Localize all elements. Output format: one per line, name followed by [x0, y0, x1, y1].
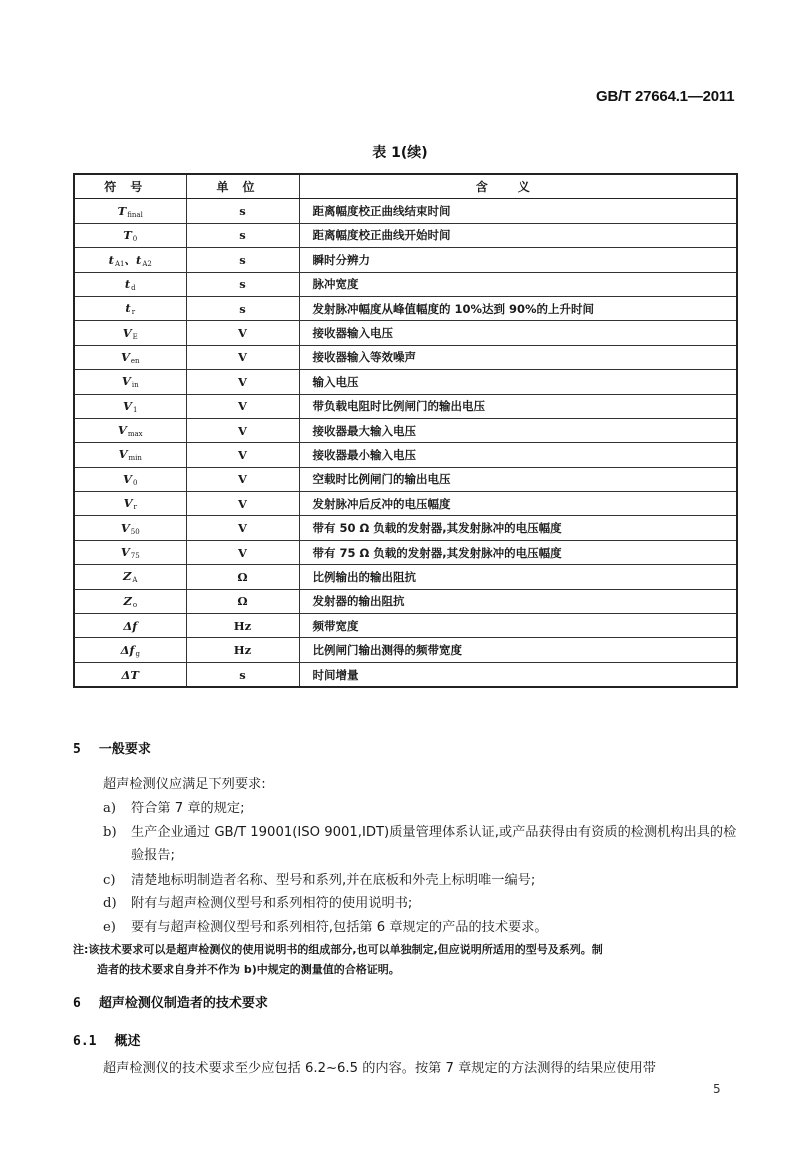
note: 注:该技术要求可以是超声检测仪的使用说明书的组成部分,也可以单独制定,但应说明所… [73, 940, 741, 980]
cell-meaning: 脉冲宽度 [299, 272, 737, 296]
list-text: 清楚地标明制造者名称、型号和系列,并在底板和外壳上标明唯一编号; [131, 869, 743, 892]
list-item-e: e) 要有与超声检测仪型号和系列相符,包括第 6 章规定的产品的技术要求。 [103, 916, 743, 939]
table-row: Tfinals距离幅度校正曲线结束时间 [74, 199, 737, 223]
symbol-subscript: A1 [115, 260, 125, 268]
symbol-subscript: in [132, 381, 139, 389]
section-6-1-text: 超声检测仪的技术要求至少应包括 6.2~6.5 的内容。按第 7 章规定的方法测… [103, 1058, 743, 1080]
cell-unit: Ω [186, 589, 299, 613]
cell-symbol: V50 [74, 516, 186, 540]
symbol-second: 、t [125, 253, 142, 267]
column-header-symbol: 符号 [74, 174, 186, 199]
list-item-d: d) 附有与超声检测仪型号和系列相符的使用说明书; [103, 892, 743, 915]
cell-meaning: 空载时比例闸门的输出电压 [299, 467, 737, 491]
cell-unit: s [186, 662, 299, 687]
table-row: ΔTs时间增量 [74, 662, 737, 687]
cell-unit: V [186, 394, 299, 418]
symbol-main: V [123, 472, 132, 486]
symbol-subscript: en [131, 357, 140, 365]
cell-symbol: Vin [74, 370, 186, 394]
list-text: 符合第 7 章的规定; [131, 797, 743, 820]
symbol-subscript: d [131, 284, 135, 292]
table-row: V75V带有 75 Ω 负载的发射器,其发射脉冲的电压幅度 [74, 540, 737, 564]
symbol-main: Z [123, 569, 131, 583]
table-row: ΔfgHz比例闸门输出测得的频带宽度 [74, 638, 737, 662]
list-item-c: c) 清楚地标明制造者名称、型号和系列,并在底板和外壳上标明唯一编号; [103, 869, 743, 892]
list-marker: a) [103, 797, 116, 820]
table-header-row: 符号 单位 含义 [74, 174, 737, 199]
page-number: 5 [713, 1082, 721, 1096]
cell-unit: V [186, 467, 299, 491]
cell-unit: Ω [186, 565, 299, 589]
cell-unit: V [186, 443, 299, 467]
symbol-subscript: A [132, 576, 137, 584]
symbol-subscript: o [133, 601, 137, 609]
symbol-subscript: final [127, 211, 143, 219]
table-row: trs发射脉冲幅度从峰值幅度的 10%达到 90%的上升时间 [74, 296, 737, 320]
note-label: 注: [73, 943, 88, 956]
cell-meaning: 距离幅度校正曲线结束时间 [299, 199, 737, 223]
cell-unit: V [186, 540, 299, 564]
list-text: 生产企业通过 GB/T 19001(ISO 9001,IDT)质量管理体系认证,… [131, 821, 743, 867]
cell-meaning: 输入电压 [299, 370, 737, 394]
standard-code: GB/T 27664.1—2011 [596, 88, 734, 105]
symbol-subscript: max [128, 430, 143, 438]
note-line-2: 造者的技术要求自身并不作为 b)中规定的测量值的合格证明。 [73, 960, 741, 980]
cell-meaning: 距离幅度校正曲线开始时间 [299, 223, 737, 247]
symbol-main: Z [123, 594, 131, 608]
list-marker: d) [103, 892, 117, 915]
symbol-subscript: g [135, 650, 139, 658]
symbol-main: Δf [121, 643, 135, 657]
symbol-subscript: 0 [133, 235, 137, 243]
cell-meaning: 比例闸门输出测得的频带宽度 [299, 638, 737, 662]
table-row: ZAΩ比例输出的输出阻抗 [74, 565, 737, 589]
cell-unit: Hz [186, 638, 299, 662]
section-number: 6 [73, 996, 81, 1011]
cell-meaning: 带有 50 Ω 负载的发射器,其发射脉冲的电压幅度 [299, 516, 737, 540]
cell-unit: s [186, 272, 299, 296]
symbol-main: V [123, 399, 132, 413]
table-row: ZoΩ发射器的输出阻抗 [74, 589, 737, 613]
symbol-main: T [118, 204, 127, 218]
table-row: VenV接收器输入等效噪声 [74, 345, 737, 369]
cell-unit: V [186, 345, 299, 369]
cell-symbol: Vr [74, 492, 186, 516]
cell-meaning: 带有 75 Ω 负载的发射器,其发射脉冲的电压幅度 [299, 540, 737, 564]
symbol-main: V [119, 447, 128, 461]
table-row: V50V带有 50 Ω 负载的发射器,其发射脉冲的电压幅度 [74, 516, 737, 540]
table-row: ΔfHz频带宽度 [74, 614, 737, 638]
cell-meaning: 频带宽度 [299, 614, 737, 638]
table-row: V1V带负载电阻时比例闸门的输出电压 [74, 394, 737, 418]
cell-symbol: Vmax [74, 418, 186, 442]
symbol-main: V [123, 326, 132, 340]
symbol-main: t [125, 301, 130, 315]
table-row: VinV输入电压 [74, 370, 737, 394]
table-row: VmaxV接收器最大输入电压 [74, 418, 737, 442]
symbol-main: t [109, 253, 114, 267]
symbol-subscript: 50 [131, 528, 140, 536]
section-title: 一般要求 [99, 742, 151, 757]
symbol-main: V [121, 545, 130, 559]
section-6-heading: 6超声检测仪制造者的技术要求 [73, 992, 268, 1011]
cell-symbol: tr [74, 296, 186, 320]
cell-meaning: 发射器的输出阻抗 [299, 589, 737, 613]
table-row: tA1、tA2s瞬时分辨力 [74, 248, 737, 272]
column-header-unit: 单位 [186, 174, 299, 199]
list-marker: b) [103, 821, 117, 844]
note-line-1: 该技术要求可以是超声检测仪的使用说明书的组成部分,也可以单独制定,但应说明所适用… [88, 943, 602, 956]
symbol-main: V [124, 496, 133, 510]
cell-meaning: 接收器输入电压 [299, 321, 737, 345]
cell-meaning: 带负载电阻时比例闸门的输出电压 [299, 394, 737, 418]
table-row: VminV接收器最小输入电压 [74, 443, 737, 467]
list-marker: c) [103, 869, 116, 892]
symbol-main: V [122, 374, 131, 388]
cell-unit: V [186, 418, 299, 442]
cell-symbol: Δf [74, 614, 186, 638]
cell-unit: V [186, 516, 299, 540]
symbol-main: T [123, 228, 132, 242]
cell-meaning: 接收器输入等效噪声 [299, 345, 737, 369]
symbol-subscript: A2 [142, 260, 152, 268]
section-5-heading: 5一般要求 [73, 738, 151, 757]
table-row: VrV发射脉冲后反冲的电压幅度 [74, 492, 737, 516]
list-text: 附有与超声检测仪型号和系列相符的使用说明书; [131, 892, 743, 915]
cell-symbol: ΔT [74, 662, 186, 687]
cell-symbol: V75 [74, 540, 186, 564]
symbol-main: ΔT [122, 668, 139, 682]
section-number: 5 [73, 742, 81, 757]
section-title: 超声检测仪制造者的技术要求 [99, 996, 268, 1011]
cell-meaning: 比例输出的输出阻抗 [299, 565, 737, 589]
cell-meaning: 发射脉冲幅度从峰值幅度的 10%达到 90%的上升时间 [299, 296, 737, 320]
cell-unit: s [186, 199, 299, 223]
symbols-table: 符号 单位 含义 Tfinals距离幅度校正曲线结束时间T0s距离幅度校正曲线开… [73, 173, 738, 688]
section-title: 概述 [114, 1034, 140, 1049]
cell-unit: V [186, 492, 299, 516]
section-5-intro: 超声检测仪应满足下列要求: [103, 774, 266, 796]
list-text: 要有与超声检测仪型号和系列相符,包括第 6 章规定的产品的技术要求。 [131, 916, 743, 939]
symbol-subscript: min [129, 454, 142, 462]
symbol-subscript: E [133, 333, 138, 341]
symbol-subscript: 0 [133, 479, 137, 487]
table-body: Tfinals距离幅度校正曲线结束时间T0s距离幅度校正曲线开始时间tA1、tA… [74, 199, 737, 687]
cell-symbol: V0 [74, 467, 186, 491]
cell-meaning: 时间增量 [299, 662, 737, 687]
list-marker: e) [103, 916, 116, 939]
cell-meaning: 瞬时分辨力 [299, 248, 737, 272]
symbol-subscript: r [132, 308, 135, 316]
symbol-subscript: r [134, 503, 137, 511]
cell-symbol: td [74, 272, 186, 296]
cell-unit: V [186, 321, 299, 345]
symbol-subscript: 75 [131, 552, 140, 560]
section-6-1-heading: 6.1概述 [73, 1030, 141, 1049]
list-item-b: b) 生产企业通过 GB/T 19001(ISO 9001,IDT)质量管理体系… [103, 821, 743, 867]
table-caption: 表 1(续) [0, 142, 800, 162]
cell-unit: s [186, 296, 299, 320]
cell-unit: Hz [186, 614, 299, 638]
cell-symbol: VE [74, 321, 186, 345]
cell-symbol: Zo [74, 589, 186, 613]
cell-unit: V [186, 370, 299, 394]
cell-meaning: 接收器最小输入电压 [299, 443, 737, 467]
symbol-main: V [121, 350, 130, 364]
cell-meaning: 发射脉冲后反冲的电压幅度 [299, 492, 737, 516]
cell-symbol: Ven [74, 345, 186, 369]
cell-symbol: ZA [74, 565, 186, 589]
cell-symbol: V1 [74, 394, 186, 418]
cell-unit: s [186, 248, 299, 272]
symbol-subscript: 1 [133, 406, 137, 414]
table-row: T0s距离幅度校正曲线开始时间 [74, 223, 737, 247]
cell-symbol: T0 [74, 223, 186, 247]
list-item-a: a) 符合第 7 章的规定; [103, 797, 743, 820]
section-number: 6.1 [73, 1034, 96, 1049]
table-row: tds脉冲宽度 [74, 272, 737, 296]
cell-symbol: Δfg [74, 638, 186, 662]
table-row: VEV接收器输入电压 [74, 321, 737, 345]
symbol-main: V [121, 521, 130, 535]
symbol-main: Δf [123, 619, 137, 633]
table-row: V0V空载时比例闸门的输出电压 [74, 467, 737, 491]
cell-symbol: Tfinal [74, 199, 186, 223]
symbol-main: V [118, 423, 127, 437]
cell-unit: s [186, 223, 299, 247]
column-header-meaning: 含义 [299, 174, 737, 199]
symbol-main: t [125, 277, 130, 291]
cell-symbol: tA1、tA2 [74, 248, 186, 272]
cell-symbol: Vmin [74, 443, 186, 467]
cell-meaning: 接收器最大输入电压 [299, 418, 737, 442]
